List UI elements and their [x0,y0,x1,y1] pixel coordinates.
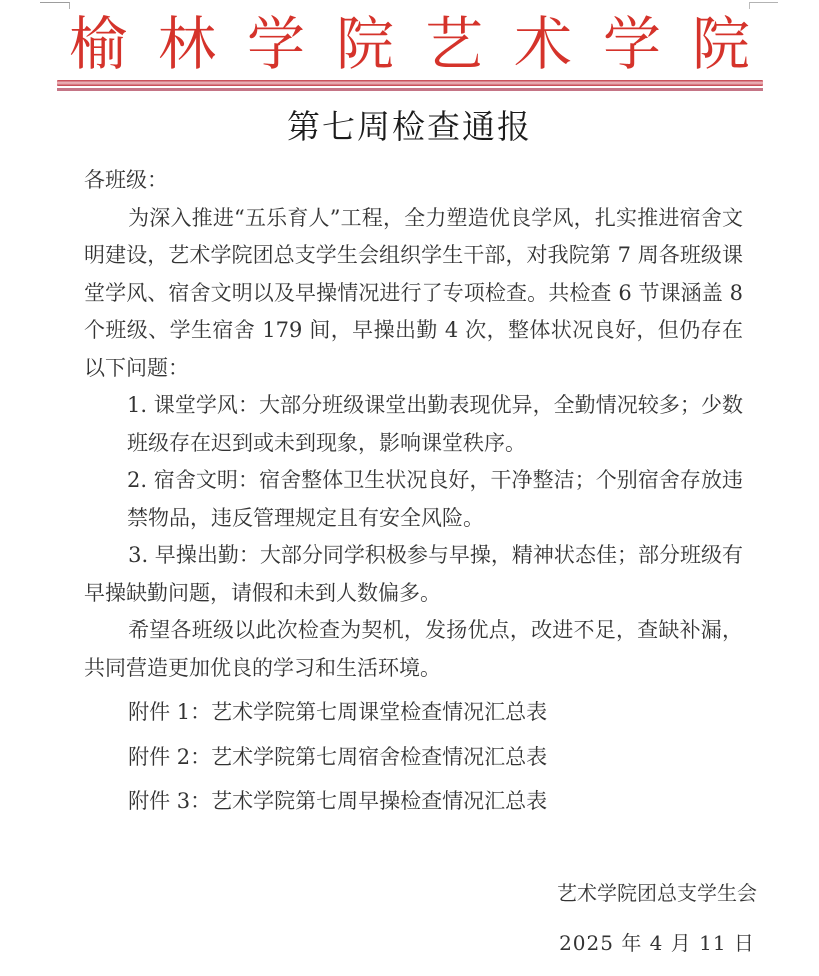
rule-thick-line [57,80,763,86]
inspection-item-classroom: 1. 课堂学风：大部分班级课堂出勤表现优异，全勤情况较多；少数班级存在迟到或未到… [127,387,743,462]
signature: 艺术学院团总支学生会 [557,875,757,913]
inspection-item-morning-exercise: 3. 早操出勤：大部分同学积极参与早操，精神状态佳；部分班级有早操缺勤问题，请假… [84,537,743,612]
signature-block: 艺术学院团总支学生会 2025 年 4 月 11 日 [557,875,757,962]
double-rule [57,80,763,91]
scan-artifact-top-right [749,2,778,9]
intro-paragraph: 为深入推进“五乐育人”工程，全力塑造优良学风，扎实推进宿舍文明建设，艺术学院团总… [84,200,743,388]
masthead: 榆林学院艺术学院 [0,12,819,76]
inspection-item-dormitory: 2. 宿舍文明：宿舍整体卫生状况良好，干净整洁；个别宿舍存放违禁物品，违反管理规… [127,462,743,537]
date: 2025 年 4 月 11 日 [557,925,757,963]
attachment-3: 附件 3：艺术学院第七周早操检查情况汇总表 [84,783,743,821]
rule-thin-line [57,88,763,91]
masthead-title: 榆林学院艺术学院 [69,12,781,76]
notice-body: 各班级： 为深入推进“五乐育人”工程，全力塑造优良学风，扎实推进宿舍文明建设，艺… [84,162,743,821]
attachment-1: 附件 1：艺术学院第七周课堂检查情况汇总表 [84,694,743,732]
notice-document: 榆林学院艺术学院 第七周检查通报 各班级： 为深入推进“五乐育人”工程，全力塑造… [0,0,819,976]
notice-title: 第七周检查通报 [0,105,819,149]
attachment-2: 附件 2：艺术学院第七周宿舍检查情况汇总表 [84,739,743,777]
salutation: 各班级： [84,162,743,200]
closing-paragraph: 希望各班级以此次检查为契机，发扬优点，改进不足，查缺补漏，共同营造更加优良的学习… [84,612,743,687]
scan-artifact-top-left [40,2,70,9]
